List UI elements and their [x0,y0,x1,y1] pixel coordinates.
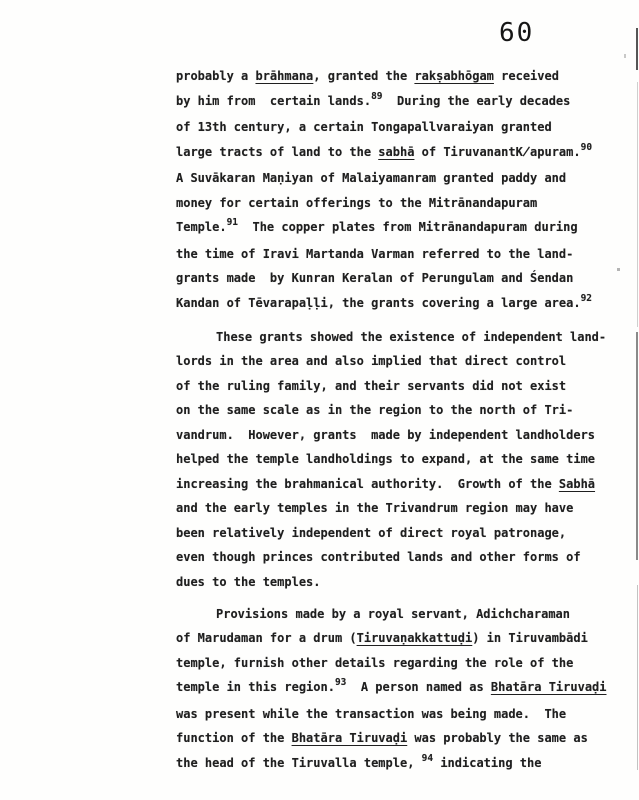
scanned-document-page: 60 probably a brāhmana, granted the rakṣ… [0,0,639,800]
text-segment: was probably the same as [407,731,588,745]
scan-edge-mark [624,54,626,58]
text-line: even though princes contributed lands an… [176,545,606,570]
text-line: money for certain offerings to the Mitrā… [176,191,606,216]
text-line: was present while the transaction was be… [176,702,606,727]
document-body: probably a brāhmana, granted the rakṣabh… [176,64,606,777]
underlined-term: Bhatāra Tiruvaḍi [292,731,408,745]
text-line: and the early temples in the Trivandrum … [176,496,606,521]
text-line: grants made by Kunran Keralan of Perungu… [176,266,606,291]
text-segment: grants made by Kunran Keralan of Perungu… [176,271,573,285]
underlined-term: rakṣabhōgam [414,69,493,83]
text-line: Kandan of Tēvarapaḷḷi, the grants coveri… [176,291,606,318]
text-segment: been relatively independent of direct ro… [176,526,566,540]
text-segment: the time of Iravi Martanda Varman referr… [176,247,573,261]
text-segment: ) in Tiruvambādi [472,631,588,645]
text-segment: and the early temples in the Trivandrum … [176,501,573,515]
text-segment: indicating the [433,756,541,770]
text-segment: of TiruvanantK̸apuram. [414,145,580,159]
underlined-term: Sabhā [559,477,595,491]
footnote-reference: 94 [422,753,433,764]
text-line: temple in this region.93 A person named … [176,675,606,702]
text-line: the time of Iravi Martanda Varman referr… [176,242,606,267]
text-segment: probably a [176,69,255,83]
text-segment: of the ruling family, and their servants… [176,379,566,393]
text-segment: Kandan of Tēvarapaḷḷi, the grants coveri… [176,296,581,310]
text-line: of the ruling family, and their servants… [176,374,606,399]
text-line: A Suvākaran Maṇiyan of Malaiyamanram gra… [176,166,606,191]
text-segment: by him from certain lands. [176,94,371,108]
scan-edge-mark [617,268,620,271]
text-segment: lords in the area and also implied that … [176,354,566,368]
text-line: large tracts of land to the sabhā of Tir… [176,140,606,167]
text-segment: temple, furnish other details regarding … [176,656,573,670]
footnote-reference: 91 [227,217,238,228]
footnote-reference: 90 [581,142,592,153]
text-line: vandrum. However, grants made by indepen… [176,423,606,448]
text-segment: , granted the [313,69,414,83]
text-line: function of the Bhatāra Tiruvaḍi was pro… [176,726,606,751]
text-segment: of 13th century, a certain Tongapallvara… [176,120,552,134]
text-segment: These grants showed the existence of ind… [216,330,606,344]
text-line: Provisions made by a royal servant, Adic… [176,602,606,627]
text-segment: large tracts of land to the [176,145,378,159]
text-line: increasing the brahmanical authority. Gr… [176,472,606,497]
text-segment: The copper plates from Mitrānandapuram d… [238,220,578,234]
text-segment: was present while the transaction was be… [176,707,566,721]
text-line: by him from certain lands.89 During the … [176,89,606,116]
scan-edge-mark [637,585,638,770]
page-number: 60 [499,18,534,48]
text-segment: money for certain offerings to the Mitrā… [176,196,537,210]
text-segment: dues to the temples. [176,575,321,589]
paragraph: probably a brāhmana, granted the rakṣabh… [176,64,606,317]
text-segment: received [494,69,559,83]
text-segment: During the early decades [383,94,571,108]
text-segment: the head of the Tiruvalla temple, [176,756,422,770]
scan-edge-mark [636,28,638,70]
text-line: of Marudaman for a drum (Tiruvaṇakkattuḍ… [176,626,606,651]
text-segment: increasing the brahmanical authority. Gr… [176,477,559,491]
text-segment: A person named as [346,680,491,694]
text-line: helped the temple landholdings to expand… [176,447,606,472]
footnote-reference: 89 [371,91,382,102]
text-segment: temple in this region. [176,680,335,694]
scan-edge-mark [636,332,638,560]
underlined-term: sabhā [378,145,414,159]
text-line: of 13th century, a certain Tongapallvara… [176,115,606,140]
text-segment: helped the temple landholdings to expand… [176,452,595,466]
text-line: been relatively independent of direct ro… [176,521,606,546]
text-line: These grants showed the existence of ind… [176,325,606,350]
text-line: the head of the Tiruvalla temple, 94 ind… [176,751,606,778]
text-segment: function of the [176,731,292,745]
paragraph: These grants showed the existence of ind… [176,325,606,595]
text-segment: Provisions made by a royal servant, Adic… [216,607,570,621]
footnote-reference: 93 [335,677,346,688]
text-line: lords in the area and also implied that … [176,349,606,374]
text-line: temple, furnish other details regarding … [176,651,606,676]
paragraph: Provisions made by a royal servant, Adic… [176,602,606,778]
text-segment: even though princes contributed lands an… [176,550,581,564]
text-segment: of Marudaman for a drum ( [176,631,357,645]
text-segment: Temple. [176,220,227,234]
text-line: on the same scale as in the region to th… [176,398,606,423]
text-segment: A Suvākaran Maṇiyan of Malaiyamanram gra… [176,171,566,185]
text-line: probably a brāhmana, granted the rakṣabh… [176,64,606,89]
text-line: Temple.91 The copper plates from Mitrāna… [176,215,606,242]
underlined-term: Tiruvaṇakkattuḍi [357,631,473,645]
text-line: dues to the temples. [176,570,606,595]
underlined-term: brāhmana [255,69,313,83]
text-segment: on the same scale as in the region to th… [176,403,573,417]
text-segment: vandrum. However, grants made by indepen… [176,428,595,442]
underlined-term: Bhatāra Tiruvaḍi [491,680,607,694]
scan-edge-mark [637,82,638,327]
footnote-reference: 92 [581,293,592,304]
